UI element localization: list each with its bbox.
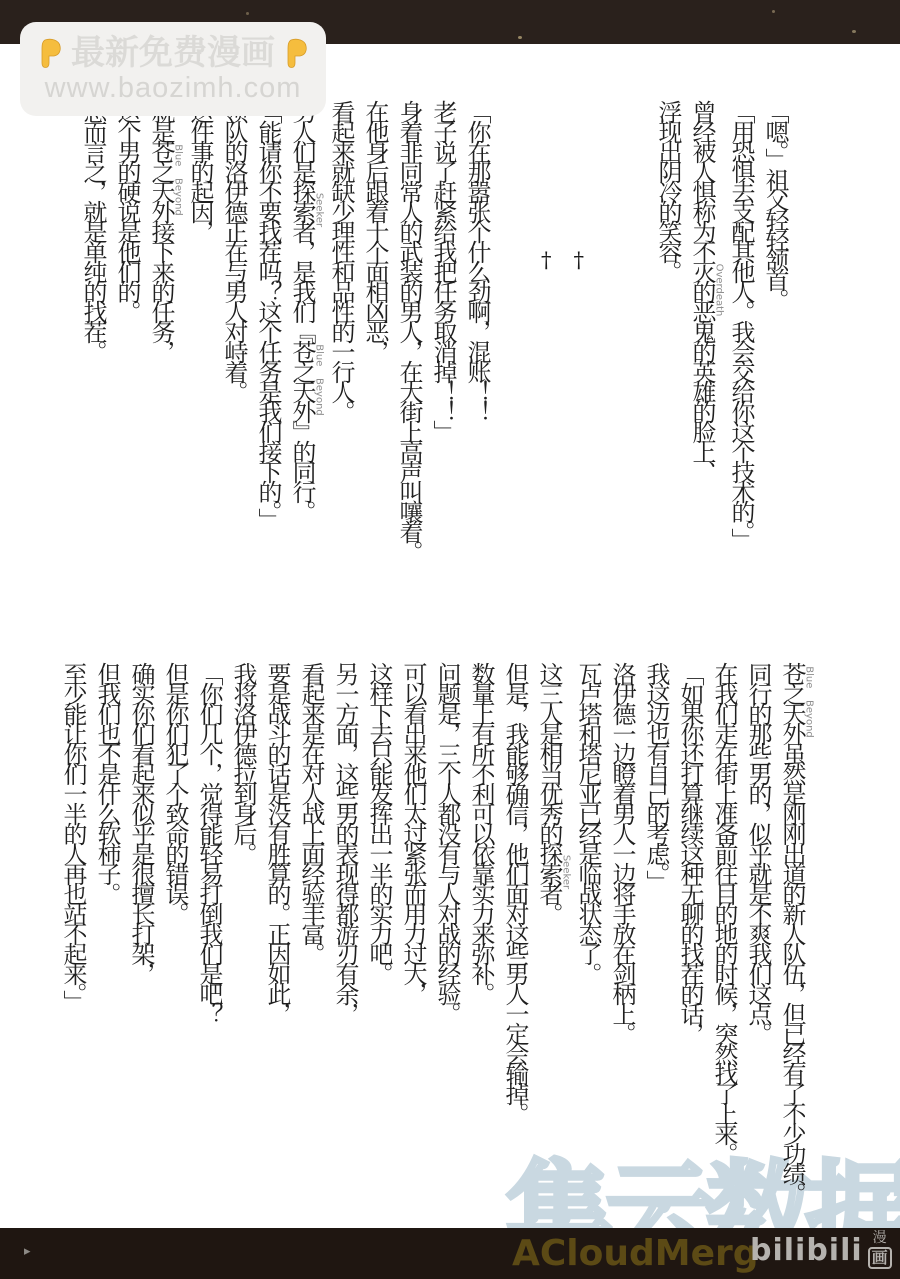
text-column: 这个男的硬说是他们的。 [110, 100, 144, 560]
bilibili-manga-logo: bilibili 漫 画 [750, 1231, 892, 1270]
text-column: 可以看出来他们太过紧张而用力过大， [396, 662, 430, 1202]
text-column: 这件事的起因， [183, 100, 217, 560]
dust-speck [246, 12, 249, 15]
text-column: 但是，我能够确信，他们面对这些男人一定会输掉。 [498, 662, 532, 1202]
text-block-top-right: 「嗯。」祖父轻轻颔首。「用恐惧去支配其他人。我会交给你这个技术的。」曾经被人惧称… [651, 100, 792, 548]
text-column: 曾经被人惧称为不灭的恶鬼Overdeath的英雄的脸上、 [685, 100, 724, 548]
text-column: 苍之天外Blue Beyond虽然是刚刚出道的新人队伍，但已经有了不少功绩。 [775, 662, 814, 1202]
dagger-icon: † [574, 248, 585, 272]
text-column: 同行的那些男的，似乎就是不爽我们这点。 [741, 662, 775, 1202]
dagger-icon: † [541, 248, 552, 272]
bottom-border-band: ▸ ACloudMerg bilibili 漫 画 [0, 1228, 900, 1279]
text-column: 男人们是探索者Seeker，是我们『苍之天外Blue Beyond』的同行。 [285, 100, 324, 560]
watermark-title: 最新免费漫画 [71, 36, 275, 70]
manga-badge-boxed-char: 画 [868, 1247, 892, 1269]
dust-speck [518, 36, 522, 39]
text-column: 看起来是在对人战上面经验丰富。 [294, 662, 328, 1202]
pointing-down-hand-icon [35, 37, 65, 69]
triangle-speck: ▸ [24, 1244, 31, 1259]
text-column: 我将洛伊德拉到身后。 [226, 662, 260, 1202]
text-column: 确实你们看起来似乎是很擅长打架， [124, 662, 158, 1202]
pointing-down-hand-icon [281, 37, 311, 69]
manga-text-page: 最新免费漫画 www.baozimh.com 「嗯。」祖父轻轻颔首。「用恐惧去支… [0, 0, 900, 1279]
text-column: 洛伊德一边瞪着男人一边将手放在剑柄上。 [605, 662, 639, 1202]
text-column: 就是苍之天外Blue Beyond接下来的任务， [144, 100, 183, 560]
bilibili-manga-badge: 漫 画 [868, 1231, 892, 1269]
dust-speck [772, 10, 775, 13]
dust-speck [852, 30, 856, 33]
baozimh-watermark-badge: 最新免费漫画 www.baozimh.com [20, 22, 326, 116]
text-column: 问题是，三个人都没有与人对战的经验。 [430, 662, 464, 1202]
text-column: 总而言之，就是单纯的找茬。 [76, 100, 110, 560]
section-separator: † † [541, 248, 584, 272]
text-column: 要是战斗的话是没有胜算的。正因如此， [260, 662, 294, 1202]
text-column: 至少能让你们一半的人再也站不起来。」 [56, 662, 90, 1202]
text-column: 「能请你不要找茬吗？这个任务是我们接下的。」 [251, 100, 285, 560]
text-column: 领队的洛伊德正在与男人对峙着。 [217, 100, 251, 560]
text-column: 「你在那嚣张个什么劲啊，混账！！ [460, 100, 494, 560]
bilibili-wordmark: bilibili [750, 1231, 863, 1270]
text-column: 浮现出阴冷的笑容。 [651, 100, 685, 548]
text-column: 看起来就缺少理性和品性的一行人。 [324, 100, 358, 560]
text-column: 数量上有所不利可以依靠实力来弥补。 [464, 662, 498, 1202]
manga-badge-top-char: 漫 [873, 1231, 887, 1245]
text-block-top-left: 「你在那嚣张个什么劲啊，混账！！老子说了赶紧给我把任务取消掉！！」身着非同常人的… [76, 100, 494, 560]
acloudmerge-watermark: ACloudMerg [512, 1233, 759, 1274]
text-column: 瓦卢塔和塔尼亚已经是临战状态了。 [571, 662, 605, 1202]
text-column: 这三人是相当优秀的探索者Seeker。 [532, 662, 571, 1202]
text-column: 但是你们犯了个致命的错误。 [158, 662, 192, 1202]
text-column: 「用恐惧去支配其他人。我会交给你这个技术的。」 [724, 100, 758, 548]
watermark-url: www.baozimh.com [45, 74, 302, 103]
text-column: 但我们也不是什么软柿子。 [90, 662, 124, 1202]
text-column: 我这边也有自己的考虑。」 [639, 662, 673, 1202]
text-column: 老子说了赶紧给我把任务取消掉！！」 [426, 100, 460, 560]
text-column: 在他身后跟着十个面相凶恶， [358, 100, 392, 560]
text-column: 「你们几个，觉得能轻易打倒我们是吧？ [192, 662, 226, 1202]
text-column: 另一方面，这些男的表现得都游刃有余， [328, 662, 362, 1202]
text-column: 「如果你还打算继续这种无聊的找茬的话， [673, 662, 707, 1202]
text-column: 「嗯。」祖父轻轻颔首。 [758, 100, 792, 548]
text-column: 这样下去只能发挥出一半的实力吧。 [362, 662, 396, 1202]
text-block-bottom: 苍之天外Blue Beyond虽然是刚刚出道的新人队伍，但已经有了不少功绩。同行… [56, 662, 814, 1202]
text-column: 身着非同常人的武装的男人，在大街上高声叫嚷着。 [392, 100, 426, 560]
text-column: 在我们走在街上准备前往目的地的时候，突然找了上来。 [707, 662, 741, 1202]
